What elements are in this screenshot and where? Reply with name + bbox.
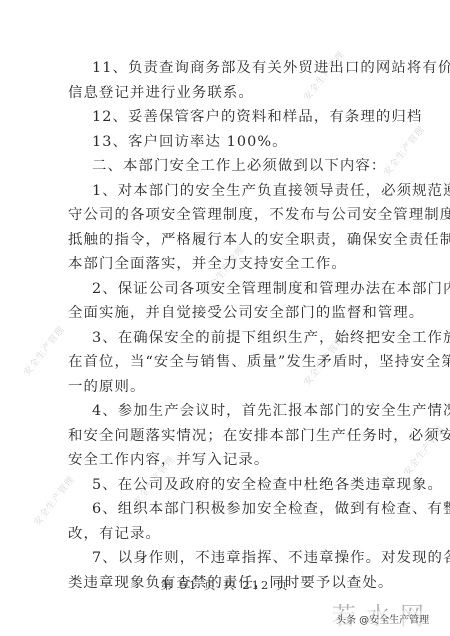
text-line: 11、负责查询商务部及有关外贸进出口的网站将有价值 [68,56,384,81]
text-line: 7、以身作则，不违章指挥、不违章操作。对发现的各 [68,546,384,571]
text-line: 守公司的各项安全管理制度，不发布与公司安全管理制度相 [68,203,384,228]
text-line: 12、妥善保管客户的资料和样品，有条理的归档 [68,105,384,130]
text-line: 2、保证公司各项安全管理制度和管理办法在本部门内 [68,277,384,302]
brand-watermark: 若水网 头条 @安全生产管理 [332,596,444,636]
watermark-text: 安全生产管理 [20,323,67,378]
brand-source-text: 头条 @安全生产管理 [334,611,431,626]
document-page: 安全生产管理 安全生产管理 安全生产管理 安全生产管理 安全生产管理 安全生产管… [0,0,450,636]
text-line: 一的原则。 [68,375,384,400]
text-line: 在首位，当“安全与销售、质量”发生矛盾时，坚持安全第 [68,350,384,375]
text-line: 5、在公司及政府的安全检查中杜绝各类违章现象。 [68,473,384,498]
text-line: 抵触的指令，严格履行本人的安全职责，确保安全责任制在 [68,228,384,253]
text-line: 信息登记并进行业务联系。 [68,81,384,106]
text-line: 二、本部门安全工作上必须做到以下内容： [68,154,384,179]
text-line: 4、参加生产会议时，首先汇报本部门的安全生产情况 [68,399,384,424]
text-line: 全面实施，并自觉接受公司安全部门的监督和管理。 [68,301,384,326]
text-line: 和安全问题落实情况；在安排本部门生产任务时，必须安排 [68,424,384,449]
text-line: 本部门全面落实，并全力支持安全工作。 [68,252,384,277]
document-body: 11、负责查询商务部及有关外贸进出口的网站将有价值信息登记并进行业务联系。12、… [68,56,384,595]
text-line: 13、客户回访率达 100%。 [68,130,384,155]
text-line: 安全工作内容，并写入记录。 [68,448,384,473]
page-number: 第 51 页 共 212 页 [0,577,450,593]
text-line: 3、在确保安全的前提下组织生产，始终把安全工作放 [68,326,384,351]
text-line: 6、组织本部门积极参加安全检查，做到有检查、有整 [68,497,384,522]
text-line: 1、对本部门的安全生产负直接领导责任，必须规范遵 [68,179,384,204]
watermark-text: 安全生产管理 [380,123,427,178]
text-line: 改，有记录。 [68,522,384,547]
